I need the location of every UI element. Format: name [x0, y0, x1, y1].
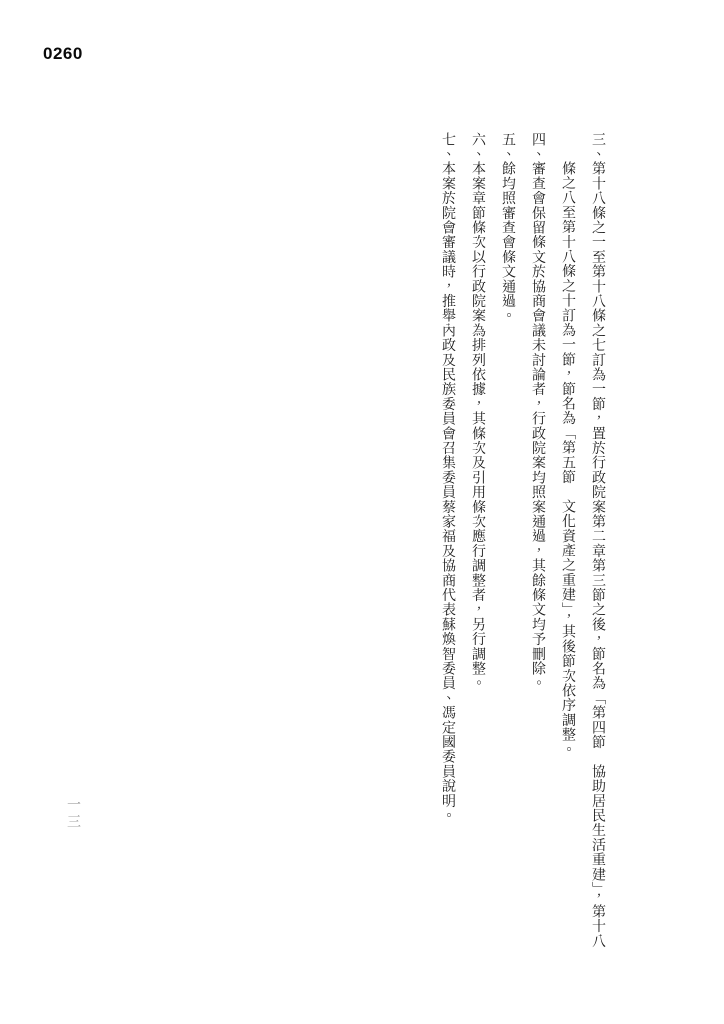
item-number-label: 三、 — [590, 132, 605, 161]
resolution-text-block: 三、第十八條之一至第十八條之七訂為一節，置於行政院案第二章第三節之後，節名為「第… — [432, 132, 612, 956]
item-text: 第十八條之一至第十八條之七訂為一節，置於行政院案第二章第三節之後，節名為「第四節… — [560, 161, 605, 948]
item-text: 本案於院會審議時，推舉內政及民族委員會召集委員蔡家福及協商代表蘇煥智委員、馮定國… — [440, 161, 455, 823]
item-number-label: 七、 — [440, 132, 455, 161]
resolution-item: 五、餘均照審查會條文通過。 — [492, 132, 522, 956]
resolution-item: 三、第十八條之一至第十八條之七訂為一節，置於行政院案第二章第三節之後，節名為「第… — [552, 132, 612, 956]
item-text: 審查會保留條文於協商會議未討論者，行政院案均照案通過，其餘條文均予刪除。 — [530, 161, 545, 690]
resolution-item: 七、本案於院會審議時，推舉內政及民族委員會召集委員蔡家福及協商代表蘇煥智委員、馮… — [432, 132, 462, 956]
item-text: 本案章節條次以行政院案為排列依據，其條次及引用條次應行調整者，另行調整。 — [470, 161, 485, 690]
item-number-label: 六、 — [470, 132, 485, 161]
item-text: 餘均照審查會條文通過。 — [500, 161, 515, 323]
item-number-label: 四、 — [530, 132, 545, 161]
document-page: 0260 三、第十八條之一至第十八條之七訂為一節，置於行政院案第二章第三節之後，… — [0, 0, 724, 1024]
item-number-label: 五、 — [500, 132, 515, 161]
resolution-item: 六、本案章節條次以行政院案為排列依據，其條次及引用條次應行調整者，另行調整。 — [462, 132, 492, 956]
resolution-item: 四、審查會保留條文於協商會議未討論者，行政院案均照案通過，其餘條文均予刪除。 — [522, 132, 552, 956]
folio-page-number: 一三 — [62, 797, 82, 831]
stamp-number: 0260 — [43, 44, 83, 64]
